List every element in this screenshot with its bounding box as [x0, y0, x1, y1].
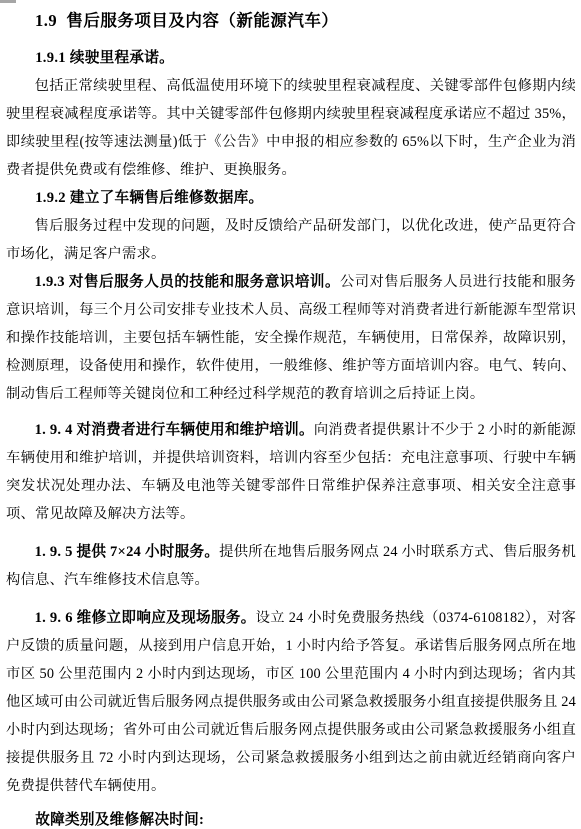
- document-page: 1.9 售后服务项目及内容（新能源汽车） 1.9.1 续驶里程承诺。 包括正常续…: [0, 9, 581, 829]
- paragraph-1-9-3: 1.9.3 对售后服务人员的技能和服务意识培训。公司对售后服务人员进行技能和服务…: [6, 268, 576, 408]
- fault-category-heading: 故障类别及维修解决时间:: [6, 806, 576, 829]
- heading-1-9-3: 1.9.3 对售后服务人员的技能和服务意识培训。: [35, 274, 340, 290]
- paragraph-1-9-1: 包括正常续驶里程、高低温使用环境下的续驶里程衰减程度、关键零部件包修期内续驶里程…: [6, 72, 576, 184]
- heading-1-9-4: 1. 9. 4 对消费者进行车辆使用和维护培训。: [35, 422, 314, 438]
- paragraph-1-9-4: 1. 9. 4 对消费者进行车辆使用和维护培训。向消费者提供累计不少于 2 小时…: [6, 416, 576, 528]
- paragraph-1-9-6: 1. 9. 6 维修立即响应及现场服务。设立 24 小时免费服务热线（0374-…: [6, 604, 576, 800]
- paragraph-1-9-5: 1. 9. 5 提供 7×24 小时服务。提供所在地售后服务网点 24 小时联系…: [6, 538, 576, 594]
- heading-1-9-1: 1.9.1 续驶里程承诺。: [6, 44, 576, 72]
- heading-1-9-5: 1. 9. 5 提供 7×24 小时服务。: [35, 544, 220, 560]
- body-1-9-6: 设立 24 小时免费服务热线（0374-6108182），对客户反馈的质量问题，…: [6, 610, 576, 794]
- window-corner-fragment: [0, 0, 16, 3]
- paragraph-1-9-2: 售后服务过程中发现的问题，及时反馈给产品研发部门，以优化改进，使产品更符合市场化…: [6, 212, 576, 268]
- heading-1-9-2: 1.9.2 建立了车辆售后维修数据库。: [6, 184, 576, 212]
- page-title: 1.9 售后服务项目及内容（新能源汽车）: [6, 9, 576, 33]
- heading-1-9-6: 1. 9. 6 维修立即响应及现场服务。: [35, 610, 256, 626]
- body-1-9-3: 公司对售后服务人员进行技能和服务意识培训，每三个月公司安排专业技术人员、高级工程…: [6, 274, 576, 402]
